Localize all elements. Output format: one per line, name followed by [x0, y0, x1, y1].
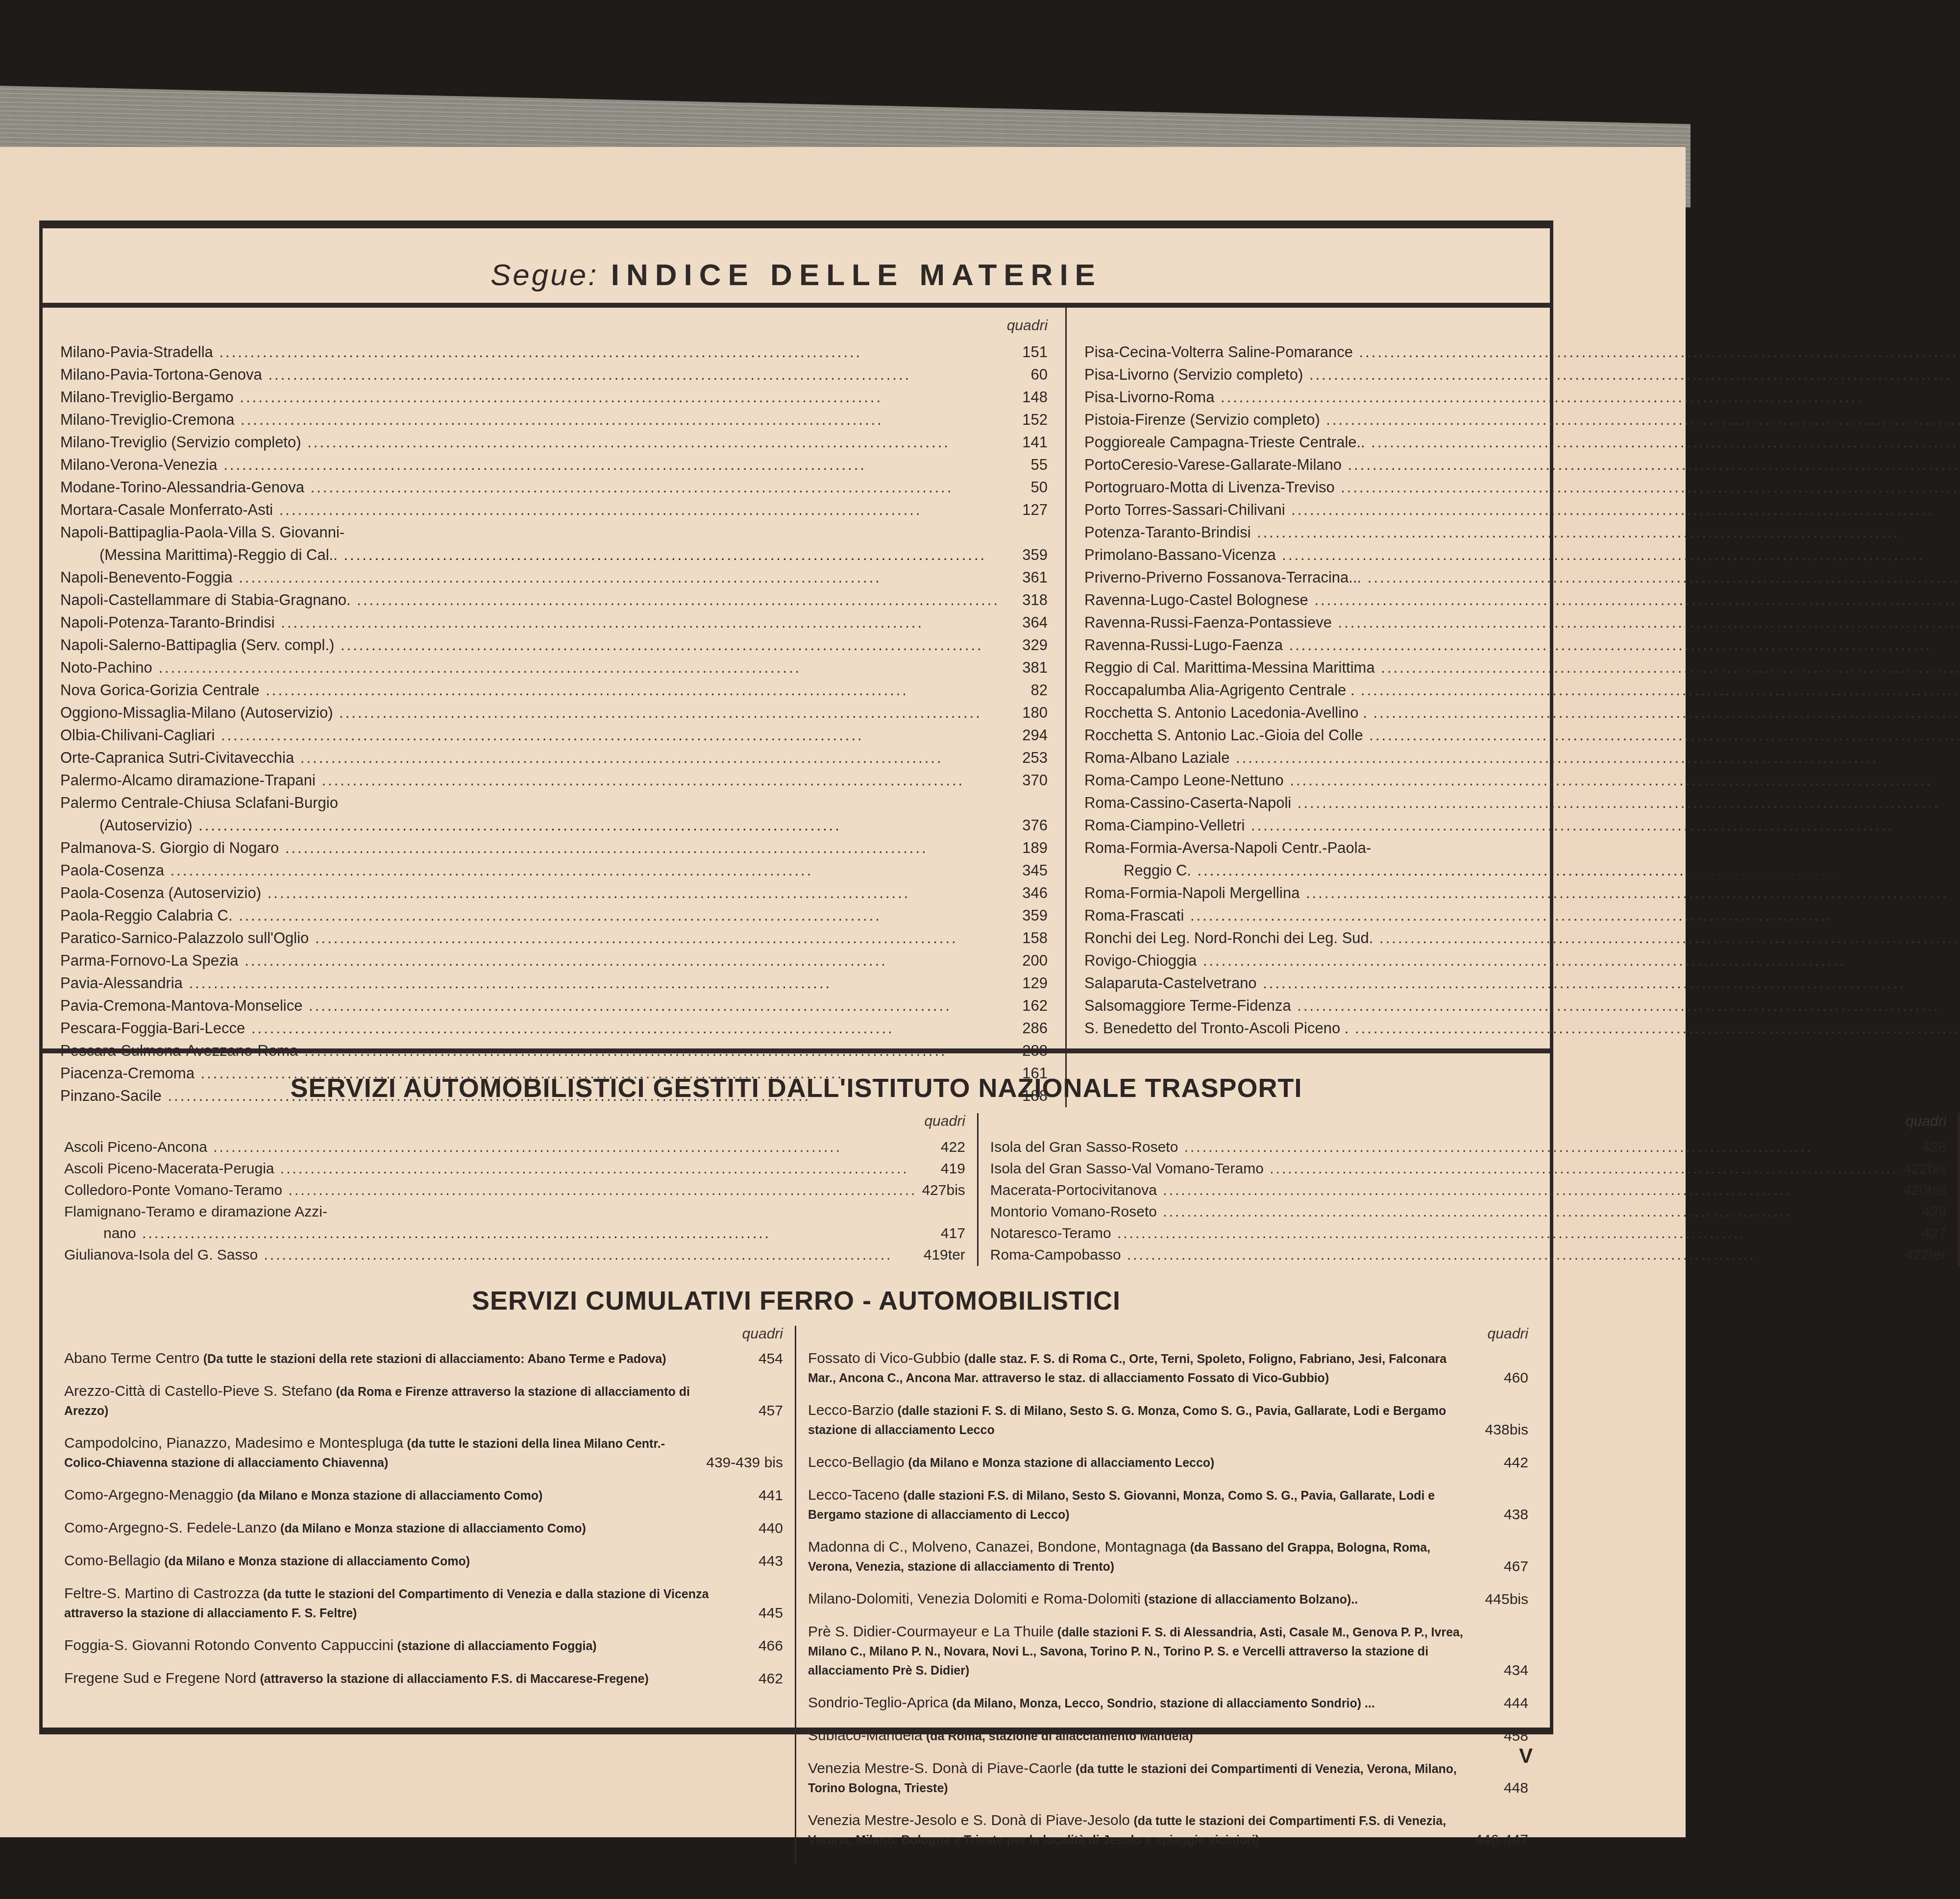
entry-name: Palmanova-S. Giorgio di Nogaro [60, 837, 1000, 859]
index-entry[interactable]: Palermo-Alcamo diramazione-Trapani370 [60, 769, 1048, 792]
cum-entry-text: Campodolcino, Pianazzo, Madesimo e Monte… [64, 1434, 701, 1472]
entry-name: Modane-Torino-Alessandria-Genova [60, 476, 1000, 499]
entry-quadro-number: 441 [724, 1486, 783, 1505]
entry-quadro-number: 141 [1000, 431, 1048, 454]
index-entry[interactable]: Roma-Cassino-Caserta-Napoli360 [1084, 792, 1960, 814]
index-entry[interactable]: Notaresco-Teramo427 [990, 1223, 1947, 1244]
entry-name: Milano-Treviglio (Servizio completo) [60, 431, 1000, 454]
index-entry[interactable]: Napoli-Benevento-Foggia361 [60, 566, 1048, 589]
index-entry[interactable]: Rocchetta S. Antonio Lac.-Gioia del Coll… [1084, 724, 1960, 747]
index-entry[interactable]: Roma-Albano Laziale303 [1084, 747, 1960, 769]
quadri-header: quadri [60, 317, 1048, 334]
entry-quadro-number: 129 [1000, 972, 1048, 995]
entry-name: Roccapalumba Alia-Agrigento Centrale . [1084, 679, 1960, 702]
index-entry[interactable]: Oggiono-Missaglia-Milano (Autoservizio)1… [60, 702, 1048, 724]
index-entry[interactable]: Poggioreale Campagna-Trieste Centrale..8… [1084, 431, 1960, 454]
index-entry[interactable]: Ascoli Piceno-Macerata-Perugia419 [64, 1158, 965, 1180]
entry-quadro-number: 318 [1000, 589, 1048, 611]
entry-quadro-number: 253 [1000, 747, 1048, 769]
cum-entry-text: Arezzo-Città di Castello-Pieve S. Stefan… [64, 1382, 724, 1420]
entry-quadro-number: 345 [1000, 859, 1048, 882]
entry-quadro-number: 361 [1000, 566, 1048, 589]
entry-quadro-number: 439-439 bis [701, 1454, 783, 1472]
index-entry[interactable]: Milano-Pavia-Tortona-Genova60 [60, 364, 1048, 386]
index-entry[interactable]: Porto Torres-Sassari-Chilivani295 [1084, 499, 1960, 521]
entry-quadro-number: 417 [917, 1223, 965, 1244]
index-entry[interactable]: Flamignano-Teramo e diramazione Azzi-nan… [64, 1201, 965, 1244]
entry-name: Roma-Frascati [1084, 904, 1960, 927]
entry-quadro-number: 364 [1000, 611, 1048, 634]
cum-entry-detail: (Da tutte le stazioni della rete stazion… [203, 1352, 666, 1366]
entry-name: Pavia-Cremona-Mantova-Monselice [60, 995, 1000, 1017]
cum-entry-text: Abano Terme Centro (Da tutte le stazioni… [64, 1349, 724, 1368]
index-entry[interactable]: Noto-Pachino381 [60, 657, 1048, 679]
entry-name: Milano-Treviglio-Cremona [60, 409, 1000, 431]
index-entry[interactable]: Nova Gorica-Gorizia Centrale82 [60, 679, 1048, 702]
index-entry[interactable]: Paola-Cosenza345 [60, 859, 1048, 882]
entry-name: Ravenna-Lugo-Castel Bolognese [1084, 589, 1960, 611]
entry-quadro-number: 446-447 [1470, 1831, 1528, 1850]
cum-entry[interactable]: Como-Bellagio (da Milano e Monza stazion… [64, 1552, 783, 1571]
index-column: quadriMilano-Pavia-Stradella151Milano-Pa… [43, 308, 1067, 1107]
entry-name: Rovigo-Chioggia [1084, 949, 1960, 972]
entry-name: Milano-Verona-Venezia [60, 454, 1000, 476]
cum-entry-text: Fregene Sud e Fregene Nord (attraverso l… [64, 1669, 724, 1688]
quadri-header: quadri [1084, 317, 1960, 334]
index-entry[interactable]: Reggio di Cal. Marittima-Messina Maritti… [1084, 657, 1960, 679]
index-entry[interactable]: Piacenza-Cremoma161 [60, 1062, 1048, 1085]
page-title: Segue: INDICE DELLE MATERIE [43, 258, 1550, 297]
index-entry[interactable]: Milano-Treviglio (Servizio completo)141 [60, 431, 1048, 454]
entry-quadro-number: 443 [724, 1552, 783, 1571]
index-entry[interactable]: PortoCeresio-Varese-Gallarate-Milano144 [1084, 454, 1960, 476]
index-entry[interactable]: Salsomaggiore Terme-Fidenza156 [1084, 995, 1960, 1017]
cum-entry-name: Fossato di Vico-Gubbio [808, 1350, 960, 1366]
index-entry[interactable]: Napoli-Potenza-Taranto-Brindisi364 [60, 611, 1048, 634]
index-entry[interactable]: Ronchi dei Leg. Nord-Ronchi dei Leg. Sud… [1084, 927, 1960, 949]
cum-entry-name: Como-Bellagio [64, 1553, 161, 1569]
cum-entry[interactable]: Madonna di C., Molveno, Canazei, Bondone… [808, 1538, 1528, 1576]
index-entry[interactable]: Roma-Frascati301 [1084, 904, 1960, 927]
cum-entry-detail: (da Roma, stazione di allacciamento Mand… [926, 1729, 1193, 1743]
entry-quadro-number: 151 [1000, 341, 1048, 364]
entry-name: Salsomaggiore Terme-Fidenza [1084, 995, 1960, 1017]
entry-name-line1: Flamignano-Teramo e diramazione Azzi- [64, 1204, 327, 1220]
cum-entry-name: Prè S. Didier-Courmayeur e La Thuile [808, 1624, 1053, 1640]
index-entry[interactable]: Napoli-Battipaglia-Paola-Villa S. Giovan… [60, 521, 1048, 566]
entry-name: Roma-Campo Leone-Nettuno [1084, 769, 1960, 792]
entry-quadro-number: 427 [1898, 1223, 1946, 1244]
cum-entry[interactable]: Fregene Sud e Fregene Nord (attraverso l… [64, 1669, 783, 1688]
cum-entry[interactable]: Venezia Mestre-Jesolo e S. Donà di Piave… [808, 1811, 1528, 1850]
entry-name: Colledoro-Ponte Vomano-Teramo [64, 1180, 917, 1201]
entry-name: Reggio di Cal. Marittima-Messina Maritti… [1084, 657, 1960, 679]
cum-entry-text: Lecco-Barzio (dalle stazioni F. S. di Mi… [808, 1401, 1470, 1439]
entry-name: Palermo Centrale-Chiusa Sclafani-Burgio(… [60, 792, 1000, 837]
cum-entry[interactable]: Abano Terme Centro (Da tutte le stazioni… [64, 1349, 783, 1368]
entry-name: Roma-Ciampino-Velletri [1084, 814, 1960, 837]
entry-name: Notaresco-Teramo [990, 1223, 1899, 1244]
quadri-header: quadri [64, 1113, 965, 1130]
entry-name: Roma-Cassino-Caserta-Napoli [1084, 792, 1960, 814]
index-entry[interactable]: Pinzano-Sacile188 [60, 1085, 1048, 1107]
entry-name: Potenza-Taranto-Brindisi [1084, 521, 1960, 544]
cum-entry[interactable]: Subiaco-Mandela (da Roma, stazione di al… [808, 1727, 1528, 1746]
cum-entry-detail: (da Milano e Monza stazione di allacciam… [280, 1522, 586, 1535]
entry-name: Pisa-Livorno-Roma [1084, 386, 1960, 409]
entry-name: Paola-Cosenza [60, 859, 1000, 882]
index-entry[interactable]: Rovigo-Chioggia167 [1084, 949, 1960, 972]
entry-quadro-number: 50 [1000, 476, 1048, 499]
index-column: quadriAscoli Piceno-Ancona422Ascoli Pice… [52, 1113, 979, 1266]
cum-entry-text: Lecco-Taceno (dalle stazioni F.S. di Mil… [808, 1486, 1470, 1524]
entry-quadro-number: 440 [724, 1519, 783, 1538]
cum-entry-name: Feltre-S. Martino di Castrozza [64, 1585, 259, 1602]
index-entry[interactable]: Pescara-Sulmona-Avezzano-Roma288 [60, 1040, 1048, 1062]
entry-quadro-number: 359 [1000, 904, 1048, 927]
entry-name: Montorio Vomano-Roseto [990, 1201, 1899, 1223]
entry-quadro-number: 180 [1000, 702, 1048, 724]
index-entry[interactable]: Milano-Pavia-Stradella151 [60, 341, 1048, 364]
entry-quadro-number: 346 [1000, 882, 1048, 904]
entry-name: Portogruaro-Motta di Livenza-Treviso [1084, 476, 1960, 499]
cum-entry-detail: (da Milano, Monza, Lecco, Sondrio, stazi… [952, 1697, 1375, 1710]
entry-quadro-number: 427bis [917, 1180, 965, 1201]
cum-entry-name: Madonna di C., Molveno, Canazei, Bondone… [808, 1539, 1186, 1555]
index-entry[interactable]: Macerata-Portocivitanova420bis [990, 1180, 1947, 1201]
index-entry[interactable]: Pescara-Foggia-Bari-Lecce286 [60, 1017, 1048, 1040]
index-entry[interactable]: Roma-Campobasso422ter [990, 1244, 1947, 1266]
index-entry[interactable]: Portogruaro-Motta di Livenza-Treviso184 [1084, 476, 1960, 499]
cum-entry[interactable]: Arezzo-Città di Castello-Pieve S. Stefan… [64, 1382, 783, 1420]
index-entry[interactable]: Montorio Vomano-Roseto429 [990, 1201, 1947, 1223]
entry-name-line1: Palermo Centrale-Chiusa Sclafani-Burgio [60, 794, 338, 811]
index-entry[interactable]: Ascoli Piceno-Ancona422 [64, 1137, 965, 1158]
index-entry[interactable]: Potenza-Taranto-Brindisi364 [1084, 521, 1960, 544]
entry-name: Oggiono-Missaglia-Milano (Autoservizio) [60, 702, 1000, 724]
index-entry[interactable]: Roma-Campo Leone-Nettuno300 [1084, 769, 1960, 792]
cum-section-title: SERVIZI CUMULATIVI FERRO - AUTOMOBILISTI… [43, 1286, 1550, 1316]
entry-name: Pescara-Foggia-Bari-Lecce [60, 1017, 1000, 1040]
entry-name: Mortara-Casale Monferrato-Asti [60, 499, 1000, 521]
entry-quadro-number: 381 [1000, 657, 1048, 679]
entry-quadro-number: 422bis [1898, 1158, 1946, 1180]
entry-name-line2: nano [64, 1223, 917, 1244]
entry-quadro-number: 460 [1470, 1369, 1528, 1388]
entry-quadro-number: 448 [1470, 1779, 1528, 1798]
entry-name-line1: Roma-Formia-Aversa-Napoli Centr.-Paola- [1084, 839, 1371, 856]
cum-entry-text: Lecco-Bellagio (da Milano e Monza stazio… [808, 1453, 1470, 1472]
cum-entry[interactable]: Como-Argegno-Menaggio (da Milano e Monza… [64, 1486, 783, 1505]
index-entry[interactable]: Roma-Ciampino-Velletri302 [1084, 814, 1960, 837]
cum-entry-text: Venezia Mestre-Jesolo e S. Donà di Piave… [808, 1811, 1470, 1850]
entry-quadro-number: 419ter [917, 1244, 965, 1266]
entry-name: Orte-Capranica Sutri-Civitavecchia [60, 747, 1000, 769]
entry-quadro-number: 329 [1000, 634, 1048, 657]
entry-quadro-number: 458 [1470, 1727, 1528, 1746]
entry-name: Ronchi dei Leg. Nord-Ronchi dei Leg. Sud… [1084, 927, 1960, 949]
entry-name: Parma-Fornovo-La Spezia [60, 949, 1000, 972]
entry-quadro-number: 376 [1000, 814, 1048, 837]
entry-name: Paola-Reggio Calabria C. [60, 904, 1000, 927]
cum-entry[interactable]: Foggia-S. Giovanni Rotondo Convento Capp… [64, 1636, 783, 1656]
entry-name: Nova Gorica-Gorizia Centrale [60, 679, 1000, 702]
index-entry[interactable]: Napoli-Salerno-Battipaglia (Serv. compl.… [60, 634, 1048, 657]
cum-entry[interactable]: Lecco-Taceno (dalle stazioni F.S. di Mil… [808, 1486, 1528, 1524]
index-entry[interactable]: Pisa-Livorno-Roma50 [1084, 386, 1960, 409]
cum-entry-text: Fossato di Vico-Gubbio (dalle staz. F. S… [808, 1349, 1470, 1388]
entry-name: Giulianova-Isola del G. Sasso [64, 1244, 917, 1266]
entry-name: Primolano-Bassano-Vicenza [1084, 544, 1960, 566]
entry-name: PortoCeresio-Varese-Gallarate-Milano [1084, 454, 1960, 476]
entry-name: Paratico-Sarnico-Palazzolo sull'Oglio [60, 927, 1000, 949]
cum-entry-text: Feltre-S. Martino di Castrozza (da tutte… [64, 1584, 724, 1623]
entry-quadro-number: 467 [1470, 1558, 1528, 1576]
cum-entry-text: Venezia Mestre-S. Donà di Piave-Caorle (… [808, 1759, 1470, 1798]
entry-quadro-number: 148 [1000, 386, 1048, 409]
index-entry[interactable]: Paola-Cosenza (Autoservizio)346 [60, 882, 1048, 904]
cum-columns: quadriAbano Terme Centro (Da tutte le st… [43, 1326, 1550, 1863]
cum-entry-name: Milano-Dolomiti, Venezia Dolomiti e Roma… [808, 1591, 1141, 1607]
index-entry[interactable]: Napoli-Castellammare di Stabia-Gragnano.… [60, 589, 1048, 611]
entry-name: Roma-Albano Laziale [1084, 747, 1960, 769]
index-entry[interactable]: Isola del Gran Sasso-Roseto428 [990, 1137, 1947, 1158]
entry-name: Poggioreale Campagna-Trieste Centrale.. [1084, 431, 1960, 454]
entry-quadro-number: 438bis [1470, 1421, 1528, 1439]
entry-quadro-number: 158 [1000, 927, 1048, 949]
cum-entry-name: Foggia-S. Giovanni Rotondo Convento Capp… [64, 1637, 393, 1654]
entry-name: Ascoli Piceno-Macerata-Perugia [64, 1158, 917, 1180]
entry-name: Ascoli Piceno-Ancona [64, 1137, 917, 1158]
cum-entry-text: Como-Argegno-Menaggio (da Milano e Monza… [64, 1486, 724, 1505]
cum-entry[interactable]: Fossato di Vico-Gubbio (dalle staz. F. S… [808, 1349, 1528, 1388]
index-entry[interactable]: Colledoro-Ponte Vomano-Teramo427bis [64, 1180, 965, 1201]
entry-name: Pinzano-Sacile [60, 1085, 1000, 1107]
index-entry[interactable]: Priverno-Priverno Fossanova-Terracina...… [1084, 566, 1960, 589]
entry-quadro-number: 445bis [1470, 1590, 1528, 1609]
index-entry[interactable]: Ravenna-Russi-Lugo-Faenza273 [1084, 634, 1960, 657]
index-entry[interactable]: Parma-Fornovo-La Spezia200 [60, 949, 1048, 972]
cum-column: quadriFossato di Vico-Gubbio (dalle staz… [796, 1326, 1540, 1863]
entry-name: Milano-Pavia-Tortona-Genova [60, 364, 1000, 386]
entry-quadro-number: 428 [1898, 1137, 1946, 1158]
entry-quadro-number: 189 [1000, 837, 1048, 859]
index-entry[interactable]: Milano-Treviglio-Bergamo148 [60, 386, 1048, 409]
title-segue: Segue: [490, 258, 599, 292]
cum-entry-name: Arezzo-Città di Castello-Pieve S. Stefan… [64, 1383, 332, 1399]
entry-quadro-number: 370 [1000, 769, 1048, 792]
cum-entry-detail: (attraverso la stazione di allacciamento… [260, 1672, 648, 1686]
entry-name: Napoli-Benevento-Foggia [60, 566, 1000, 589]
entry-name: Isola del Gran Sasso-Roseto [990, 1137, 1899, 1158]
cum-entry[interactable]: Milano-Dolomiti, Venezia Dolomiti e Roma… [808, 1590, 1528, 1609]
entry-quadro-number: 466 [724, 1637, 783, 1656]
index-entry[interactable]: Primolano-Bassano-Vicenza171 [1084, 544, 1960, 566]
entry-name-line2: Reggio C. [1084, 859, 1960, 882]
index-entry[interactable]: Pisa-Cecina-Volterra Saline-Pomarance225 [1084, 341, 1960, 364]
entry-name: Pescara-Sulmona-Avezzano-Roma [60, 1040, 1000, 1062]
quadri-header: quadri [808, 1326, 1528, 1342]
index-entry[interactable]: Salaparuta-Castelvetrano388 [1084, 972, 1960, 995]
cum-entry-name: Abano Terme Centro [64, 1350, 199, 1366]
entry-name: Macerata-Portocivitanova [990, 1180, 1898, 1201]
cum-entry-text: Como-Argegno-S. Fedele-Lanzo (da Milano … [64, 1519, 724, 1538]
index-entry[interactable]: Paratico-Sarnico-Palazzolo sull'Oglio158 [60, 927, 1048, 949]
entry-quadro-number: 152 [1000, 409, 1048, 431]
entry-quadro-number: 454 [724, 1350, 783, 1368]
index-entry[interactable]: Pavia-Alessandria129 [60, 972, 1048, 995]
index-entry[interactable]: Mortara-Casale Monferrato-Asti127 [60, 499, 1048, 521]
cum-entry-detail: (da Milano e Monza stazione di allacciam… [237, 1489, 543, 1503]
entry-name-line2: (Messina Marittima)-Reggio di Cal.. [60, 544, 1000, 566]
index-entry[interactable]: Palermo Centrale-Chiusa Sclafani-Burgio(… [60, 792, 1048, 837]
cum-entry-name: Venezia Mestre-S. Donà di Piave-Caorle [808, 1760, 1072, 1777]
cum-entry-name: Como-Argegno-Menaggio [64, 1487, 233, 1503]
entry-quadro-number: 200 [1000, 949, 1048, 972]
entry-quadro-number: 438 [1470, 1506, 1528, 1524]
cum-entry[interactable]: Campodolcino, Pianazzo, Madesimo e Monte… [64, 1434, 783, 1472]
entry-name: Piacenza-Cremoma [60, 1062, 1000, 1085]
entry-name: Salaparuta-Castelvetrano [1084, 972, 1960, 995]
entry-quadro-number: 434 [1470, 1661, 1528, 1680]
entry-name: Roma-Campobasso [990, 1244, 1899, 1266]
cum-entry-detail: (stazione di allacciamento Bolzano).. [1144, 1593, 1358, 1607]
entry-name: Roma-Formia-Napoli Mergellina [1084, 882, 1960, 904]
cum-entry[interactable]: Prè S. Didier-Courmayeur e La Thuile (da… [808, 1623, 1528, 1680]
index-entry[interactable]: Milano-Verona-Venezia55 [60, 454, 1048, 476]
entry-name: Paola-Cosenza (Autoservizio) [60, 882, 1000, 904]
entry-name: Napoli-Potenza-Taranto-Brindisi [60, 611, 1000, 634]
cum-entry-text: Foggia-S. Giovanni Rotondo Convento Capp… [64, 1636, 724, 1656]
entry-quadro-number: 127 [1000, 499, 1048, 521]
cum-entry-name: Como-Argegno-S. Fedele-Lanzo [64, 1520, 277, 1536]
entry-quadro-number: 445 [724, 1604, 783, 1623]
entry-quadro-number: 286 [1000, 1017, 1048, 1040]
entry-name: Pisa-Cecina-Volterra Saline-Pomarance [1084, 341, 1960, 364]
cum-entry-detail: (dalle stazioni F.S. di Milano, Sesto S.… [808, 1489, 1435, 1522]
index-entry[interactable]: Milano-Treviglio-Cremona152 [60, 409, 1048, 431]
entry-name: Ravenna-Russi-Lugo-Faenza [1084, 634, 1960, 657]
entry-quadro-number: 162 [1000, 995, 1048, 1017]
cum-entry-name: Campodolcino, Pianazzo, Madesimo e Monte… [64, 1435, 403, 1451]
cum-entry-name: Venezia Mestre-Jesolo e S. Donà di Piave… [808, 1812, 1130, 1828]
index-entry[interactable]: Pistoia-Firenze (Servizio completo)215 [1084, 409, 1960, 431]
entry-name-line2: (Autoservizio) [60, 814, 1000, 837]
entry-name: Isola del Gran Sasso-Val Vomano-Teramo [990, 1158, 1898, 1180]
entry-quadro-number: 442 [1470, 1454, 1528, 1472]
cum-entry-detail: (da Milano e Monza stazione di allacciam… [164, 1555, 470, 1568]
index-entry[interactable]: Modane-Torino-Alessandria-Genova50 [60, 476, 1048, 499]
entry-quadro-number: 422ter [1898, 1244, 1946, 1266]
index-entry[interactable]: Pavia-Cremona-Mantova-Monselice162 [60, 995, 1048, 1017]
entry-name: Noto-Pachino [60, 657, 1000, 679]
entry-name: Rocchetta S. Antonio Lac.-Gioia del Coll… [1084, 724, 1960, 747]
entry-quadro-number: 422 [917, 1137, 965, 1158]
index-frame: Segue: INDICE DELLE MATERIE quadriMilano… [39, 220, 1553, 1734]
cum-entry-name: Subiaco-Mandela [808, 1728, 922, 1744]
cum-entry-text: Prè S. Didier-Courmayeur e La Thuile (da… [808, 1623, 1470, 1680]
cum-entry-detail: (dalle stazioni F. S. di Milano, Sesto S… [808, 1404, 1446, 1437]
cum-entry[interactable]: Venezia Mestre-S. Donà di Piave-Caorle (… [808, 1759, 1528, 1798]
entry-quadro-number: 429 [1898, 1201, 1946, 1223]
cum-entry[interactable]: Lecco-Barzio (dalle stazioni F. S. di Mi… [808, 1401, 1528, 1439]
entry-name: Milano-Treviglio-Bergamo [60, 386, 1000, 409]
cum-entry[interactable]: Como-Argegno-S. Fedele-Lanzo (da Milano … [64, 1519, 783, 1538]
entry-name: Pavia-Alessandria [60, 972, 1000, 995]
cum-entry-text: Madonna di C., Molveno, Canazei, Bondone… [808, 1538, 1470, 1576]
entry-name: Milano-Pavia-Stradella [60, 341, 1000, 364]
entry-quadro-number: 60 [1000, 364, 1048, 386]
index-entry[interactable]: Paola-Reggio Calabria C.359 [60, 904, 1048, 927]
entry-quadro-number: 82 [1000, 679, 1048, 702]
entry-name: Napoli-Salerno-Battipaglia (Serv. compl.… [60, 634, 1000, 657]
entry-quadro-number: 419 [917, 1158, 965, 1180]
index-entry[interactable]: Isola del Gran Sasso-Val Vomano-Teramo42… [990, 1158, 1947, 1180]
entry-quadro-number: 457 [724, 1402, 783, 1420]
page-number: V [1519, 1744, 1533, 1768]
entry-name: S. Benedetto del Tronto-Ascoli Piceno . [1084, 1017, 1960, 1040]
entry-quadro-number: 462 [724, 1670, 783, 1688]
entry-name-line1: Napoli-Battipaglia-Paola-Villa S. Giovan… [60, 524, 344, 541]
index-entry[interactable]: Palmanova-S. Giorgio di Nogaro189 [60, 837, 1048, 859]
index-entry[interactable]: Roccapalumba Alia-Agrigento Centrale .37… [1084, 679, 1960, 702]
index-column: quadriIsola del Gran Sasso-Roseto428Isol… [979, 1113, 1960, 1266]
entry-quadro-number: 444 [1470, 1694, 1528, 1713]
entry-quadro-number: 359 [1000, 544, 1048, 566]
entry-quadro-number: 420bis [1898, 1180, 1946, 1201]
index-entry[interactable]: S. Benedetto del Tronto-Ascoli Piceno .2… [1084, 1017, 1960, 1040]
index-columns: quadriMilano-Pavia-Stradella151Milano-Pa… [43, 308, 1550, 1043]
entry-name: Ravenna-Russi-Faenza-Pontassieve [1084, 611, 1960, 634]
title-main: INDICE DELLE MATERIE [611, 258, 1102, 292]
entry-quadro-number: 294 [1000, 724, 1048, 747]
cum-entry-name: Lecco-Taceno [808, 1487, 900, 1503]
title-rule [43, 303, 1550, 308]
index-entry[interactable]: Pisa-Livorno (Servizio completo)231 [1084, 364, 1960, 386]
entry-name: Flamignano-Teramo e diramazione Azzi-nan… [64, 1201, 917, 1244]
entry-name: Napoli-Battipaglia-Paola-Villa S. Giovan… [60, 521, 1000, 566]
entry-name: Olbia-Chilivani-Cagliari [60, 724, 1000, 747]
entry-name: Napoli-Castellammare di Stabia-Gragnano. [60, 589, 1000, 611]
index-entry[interactable]: Ravenna-Lugo-Castel Bolognese272 [1084, 589, 1960, 611]
cum-entry-detail: (da Milano e Monza stazione di allacciam… [908, 1456, 1214, 1470]
cum-entry-name: Sondrio-Teglio-Aprica [808, 1695, 949, 1711]
cum-entry[interactable]: Lecco-Bellagio (da Milano e Monza stazio… [808, 1453, 1528, 1472]
index-column: quadriPisa-Cecina-Volterra Saline-Pomara… [1067, 308, 1960, 1107]
cum-entry[interactable]: Sondrio-Teglio-Aprica (da Milano, Monza,… [808, 1694, 1528, 1713]
index-entry[interactable]: Giulianova-Isola del G. Sasso419ter [64, 1244, 965, 1266]
entry-name: Pisa-Livorno (Servizio completo) [1084, 364, 1960, 386]
entry-name: Roma-Formia-Aversa-Napoli Centr.-Paola-R… [1084, 837, 1960, 882]
index-entry[interactable]: Orte-Capranica Sutri-Civitavecchia253 [60, 747, 1048, 769]
entry-name: Priverno-Priverno Fossanova-Terracina... [1084, 566, 1960, 589]
entry-name: Porto Torres-Sassari-Chilivani [1084, 499, 1960, 521]
entry-name: Pistoia-Firenze (Servizio completo) [1084, 409, 1960, 431]
quadri-header: quadri [64, 1326, 783, 1342]
index-entry[interactable]: Roma-Formia-Aversa-Napoli Centr.-Paola-R… [1084, 837, 1960, 882]
cum-entry-text: Como-Bellagio (da Milano e Monza stazion… [64, 1552, 724, 1571]
entry-quadro-number: 55 [1000, 454, 1048, 476]
index-entry[interactable]: Ravenna-Russi-Faenza-Pontassieve274 [1084, 611, 1960, 634]
entry-name: Rocchetta S. Antonio Lacedonia-Avellino … [1084, 702, 1960, 724]
index-entry[interactable]: Olbia-Chilivani-Cagliari294 [60, 724, 1048, 747]
cum-entry[interactable]: Feltre-S. Martino di Castrozza (da tutte… [64, 1584, 783, 1623]
cum-entry-name: Lecco-Bellagio [808, 1454, 905, 1470]
index-entry[interactable]: Roma-Formia-Napoli Mergellina359 [1084, 882, 1960, 904]
int-columns: quadriAscoli Piceno-Ancona422Ascoli Pice… [43, 1113, 1550, 1266]
quadri-header: quadri [990, 1113, 1947, 1130]
index-entry[interactable]: Rocchetta S. Antonio Lacedonia-Avellino … [1084, 702, 1960, 724]
